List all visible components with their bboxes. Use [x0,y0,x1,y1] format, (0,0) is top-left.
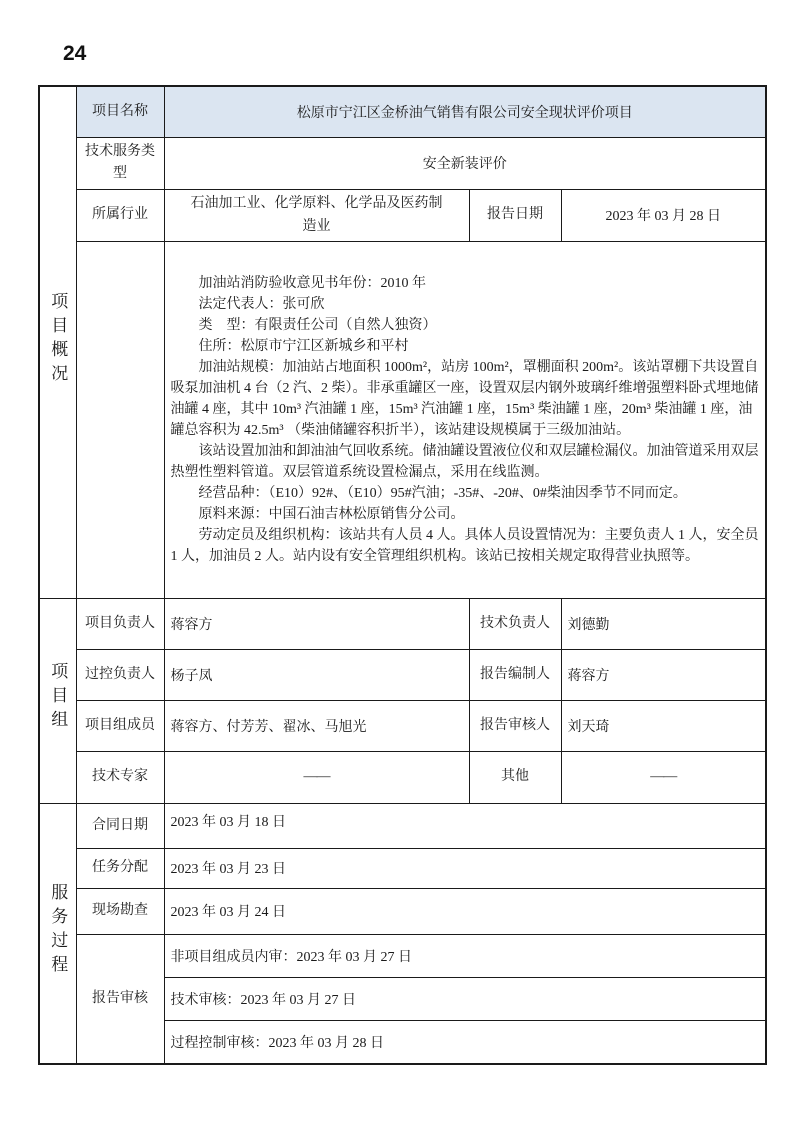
site-survey-label: 现场勘查 [76,888,164,934]
internal-review-value: 非项目组成员内审：2023 年 03 月 27 日 [164,934,766,977]
project-name-value: 松原市宁江区金桥油气销售有限公司安全现状评价项目 [164,86,766,137]
overview-text-cell: 加油站消防验收意见书年份：2010 年 法定代表人：张可欣 类 型：有限责任公司… [164,241,766,598]
project-leader-label: 项目负责人 [76,598,164,649]
report-date-value: 2023 年 03 月 28 日 [561,189,766,241]
report-reviewer-label: 报告审核人 [469,700,561,751]
project-leader-value: 蒋容方 [164,598,469,649]
row-site-survey: 现场勘查 2023 年 03 月 24 日 [39,888,766,934]
row-project-name: 项目概况 项目名称 松原市宁江区金桥油气销售有限公司安全现状评价项目 [39,86,766,137]
side-label-project-overview: 项目概况 [39,86,76,598]
process-control-leader-value: 杨子凤 [164,649,469,700]
side-label-process: 服务过程 [39,803,76,1064]
report-author-label: 报告编制人 [469,649,561,700]
team-members-value: 蒋容方、付芳芳、翟冰、马旭光 [164,700,469,751]
row-review-1: 报告审核 非项目组成员内审：2023 年 03 月 27 日 [39,934,766,977]
contract-date-value: 2023 年 03 月 18 日 [164,803,766,848]
other-label: 其他 [469,751,561,803]
report-author-value: 蒋容方 [561,649,766,700]
page-number: 24 [63,42,86,66]
tech-leader-value: 刘德勤 [561,598,766,649]
process-control-leader-label: 过控负责人 [76,649,164,700]
overview-paragraph: 类 型：有限责任公司（自然人独资） [171,315,760,336]
team-members-label: 项目组成员 [76,700,164,751]
industry-value-text: 石油加工业、化学原料、化学品及医药制造业 [188,192,446,238]
project-name-label: 项目名称 [76,86,164,137]
side-label-team-text: 项目组 [49,662,66,734]
overview-paragraph: 法定代表人：张可欣 [171,294,760,315]
overview-spacer-cell [76,241,164,598]
overview-paragraph: 该站设置加油和卸油油气回收系统。储油罐设置液位仪和双层罐检漏仪。加油管道采用双层… [171,441,760,483]
task-assignment-label: 任务分配 [76,848,164,888]
tech-leader-label: 技术负责人 [469,598,561,649]
overview-paragraph: 劳动定员及组织机构：该站共有人员 4 人。具体人员设置情况为：主要负责人 1 人… [171,525,760,567]
report-reviewer-value: 刘天琦 [561,700,766,751]
overview-paragraph: 原料来源：中国石油吉林松原销售分公司。 [171,504,760,525]
row-team-2: 过控负责人 杨子凤 报告编制人 蒋容方 [39,649,766,700]
report-review-label: 报告审核 [76,934,164,1064]
row-overview: 加油站消防验收意见书年份：2010 年 法定代表人：张可欣 类 型：有限责任公司… [39,241,766,598]
report-date-label: 报告日期 [469,189,561,241]
overview-paragraph: 加油站消防验收意见书年份：2010 年 [171,273,760,294]
industry-label: 所属行业 [76,189,164,241]
tech-expert-value: —— [164,751,469,803]
service-type-value: 安全新装评价 [164,137,766,189]
process-control-review-value: 过程控制审核：2023 年 03 月 28 日 [164,1020,766,1064]
overview-paragraph: 加油站规模：加油站占地面积 1000m²，站房 100m²，罩棚面积 200m²… [171,357,760,441]
row-industry: 所属行业 石油加工业、化学原料、化学品及医药制造业 报告日期 2023 年 03… [39,189,766,241]
overview-paragraph: 住所：松原市宁江区新城乡和平村 [171,336,760,357]
service-type-label: 技术服务类型 [76,137,164,189]
overview-paragraph: 经营品种：（E10）92#、（E10）95#汽油；-35#、-20#、0#柴油因… [171,483,760,504]
side-label-project-overview-text: 项目概况 [49,292,66,388]
other-value: —— [561,751,766,803]
project-info-table: 项目概况 项目名称 松原市宁江区金桥油气销售有限公司安全现状评价项目 技术服务类… [38,85,767,1065]
row-team-1: 项目组 项目负责人 蒋容方 技术负责人 刘德勤 [39,598,766,649]
technical-review-value: 技术审核：2023 年 03 月 27 日 [164,977,766,1020]
row-team-4: 技术专家 —— 其他 —— [39,751,766,803]
row-task-assignment: 任务分配 2023 年 03 月 23 日 [39,848,766,888]
industry-value: 石油加工业、化学原料、化学品及医药制造业 [164,189,469,241]
row-service-type: 技术服务类型 安全新装评价 [39,137,766,189]
side-label-process-text: 服务过程 [49,883,66,979]
task-assignment-value: 2023 年 03 月 23 日 [164,848,766,888]
contract-date-label: 合同日期 [76,803,164,848]
row-contract-date: 服务过程 合同日期 2023 年 03 月 18 日 [39,803,766,848]
side-label-team: 项目组 [39,598,76,803]
row-team-3: 项目组成员 蒋容方、付芳芳、翟冰、马旭光 报告审核人 刘天琦 [39,700,766,751]
tech-expert-label: 技术专家 [76,751,164,803]
site-survey-value: 2023 年 03 月 24 日 [164,888,766,934]
